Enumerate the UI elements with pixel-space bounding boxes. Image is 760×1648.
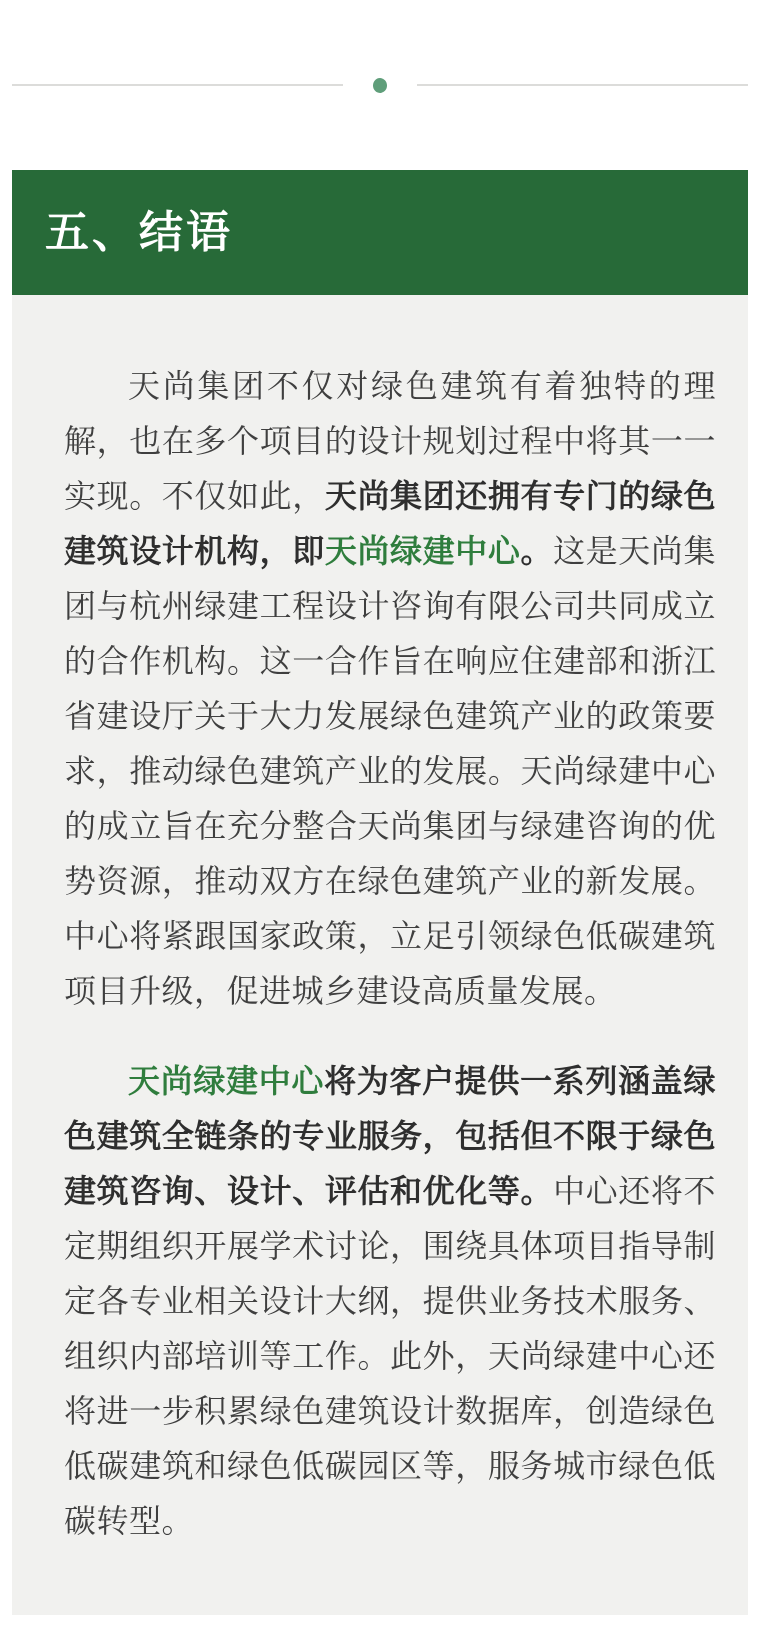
article-body-panel: 天尚集团不仅对绿色建筑有着独特的理解，也在多个项目的设计规划过程中将其一一实现。… — [12, 295, 748, 1615]
divider-line-right — [417, 84, 748, 86]
divider-dot-icon — [373, 78, 387, 93]
paragraph: 天尚集团不仅对绿色建筑有着独特的理解，也在多个项目的设计规划过程中将其一一实现。… — [64, 359, 716, 1019]
section-header-banner: 五、结语 — [12, 170, 748, 295]
text-segment: 这是天尚集团与杭州绿建工程设计咨询有限公司共同成立的合作机构。这一合作旨在响应住… — [64, 533, 716, 1009]
section-divider — [12, 72, 748, 98]
body-text: 天尚集团不仅对绿色建筑有着独特的理解，也在多个项目的设计规划过程中将其一一实现。… — [64, 359, 716, 1549]
text-segment: 天尚绿建中心 — [128, 1063, 324, 1099]
text-segment: 中心还将不定期组织开展学术讨论，围绕具体项目指导制定各专业相关设计大纲，提供业务… — [64, 1173, 716, 1539]
paragraph: 天尚绿建中心将为客户提供一系列涵盖绿色建筑全链条的专业服务，包括但不限于绿色建筑… — [64, 1054, 716, 1549]
text-segment: 。 — [520, 533, 553, 569]
text-segment: 天尚绿建中心 — [325, 533, 521, 569]
section-title: 五、结语 — [45, 211, 233, 255]
divider-line-left — [12, 84, 343, 86]
